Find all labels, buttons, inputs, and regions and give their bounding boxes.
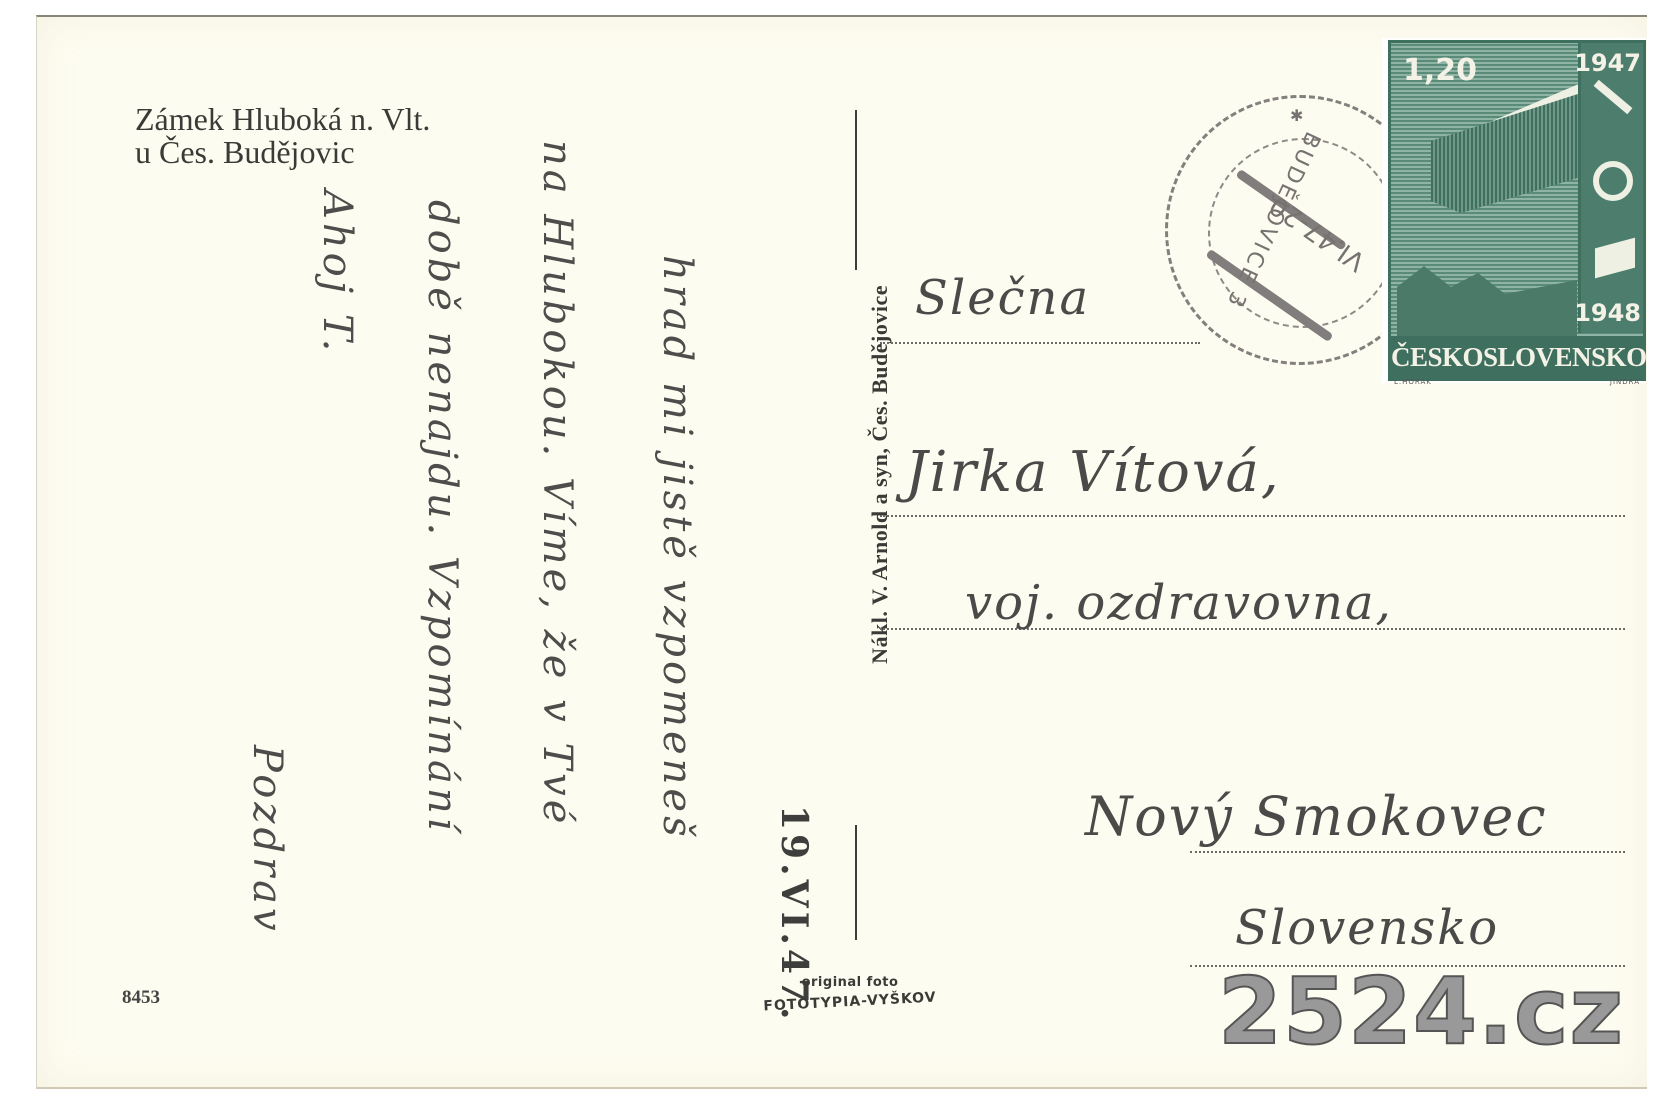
book-icon xyxy=(1595,238,1635,279)
stamp-year-bottom: 1948 xyxy=(1574,299,1641,327)
address-salutation: Slečna xyxy=(915,270,1090,326)
factory-icon xyxy=(1397,266,1577,336)
star-icon: ✱ xyxy=(1290,106,1303,126)
stamp-designer-right: JINDRA xyxy=(1610,378,1640,386)
gear-icon xyxy=(1593,161,1633,201)
divider-bottom xyxy=(855,825,857,940)
postage-stamp: 1,20 1947 1948 ČESKOSLOVENSKO L.HORÁK JI… xyxy=(1382,38,1646,383)
stamp-sidebar: 1947 1948 xyxy=(1578,43,1643,333)
address-institution: voj. ozdravovna, xyxy=(965,575,1393,631)
postcard-caption: Zámek Hluboká n. Vlt. u Čes. Budějovic xyxy=(135,103,430,169)
stamp-designer-left: L.HORÁK xyxy=(1394,378,1432,386)
flag-icon xyxy=(1431,93,1581,213)
photo-credit-line-1: original foto xyxy=(745,975,955,990)
stamp-image: 1,20 1947 1948 ČESKOSLOVENSKO xyxy=(1388,40,1646,381)
airplane-icon xyxy=(1594,80,1633,114)
caption-line-2: u Čes. Budějovic xyxy=(135,136,430,169)
address-country: Slovensko xyxy=(1235,900,1499,956)
address-town: Nový Smokovec xyxy=(1085,785,1548,848)
watermark: 2524.cz xyxy=(1218,958,1624,1065)
address-line-2-rule xyxy=(880,515,1625,517)
address-name: Jirka Vítová, xyxy=(905,440,1281,505)
photo-credit: original foto FOTOTYPIA-VYŠKOV xyxy=(745,975,955,1010)
card-number: 8453 xyxy=(122,987,160,1009)
address-line-1-rule xyxy=(880,342,1200,344)
stamp-value: 1,20 xyxy=(1403,53,1477,88)
stamp-year-top: 1947 xyxy=(1574,49,1641,77)
divider-top xyxy=(855,110,857,270)
stamp-country: ČESKOSLOVENSKO xyxy=(1391,336,1643,378)
caption-line-1: Zámek Hluboká n. Vlt. xyxy=(135,103,430,136)
address-line-4-rule xyxy=(1190,851,1625,853)
